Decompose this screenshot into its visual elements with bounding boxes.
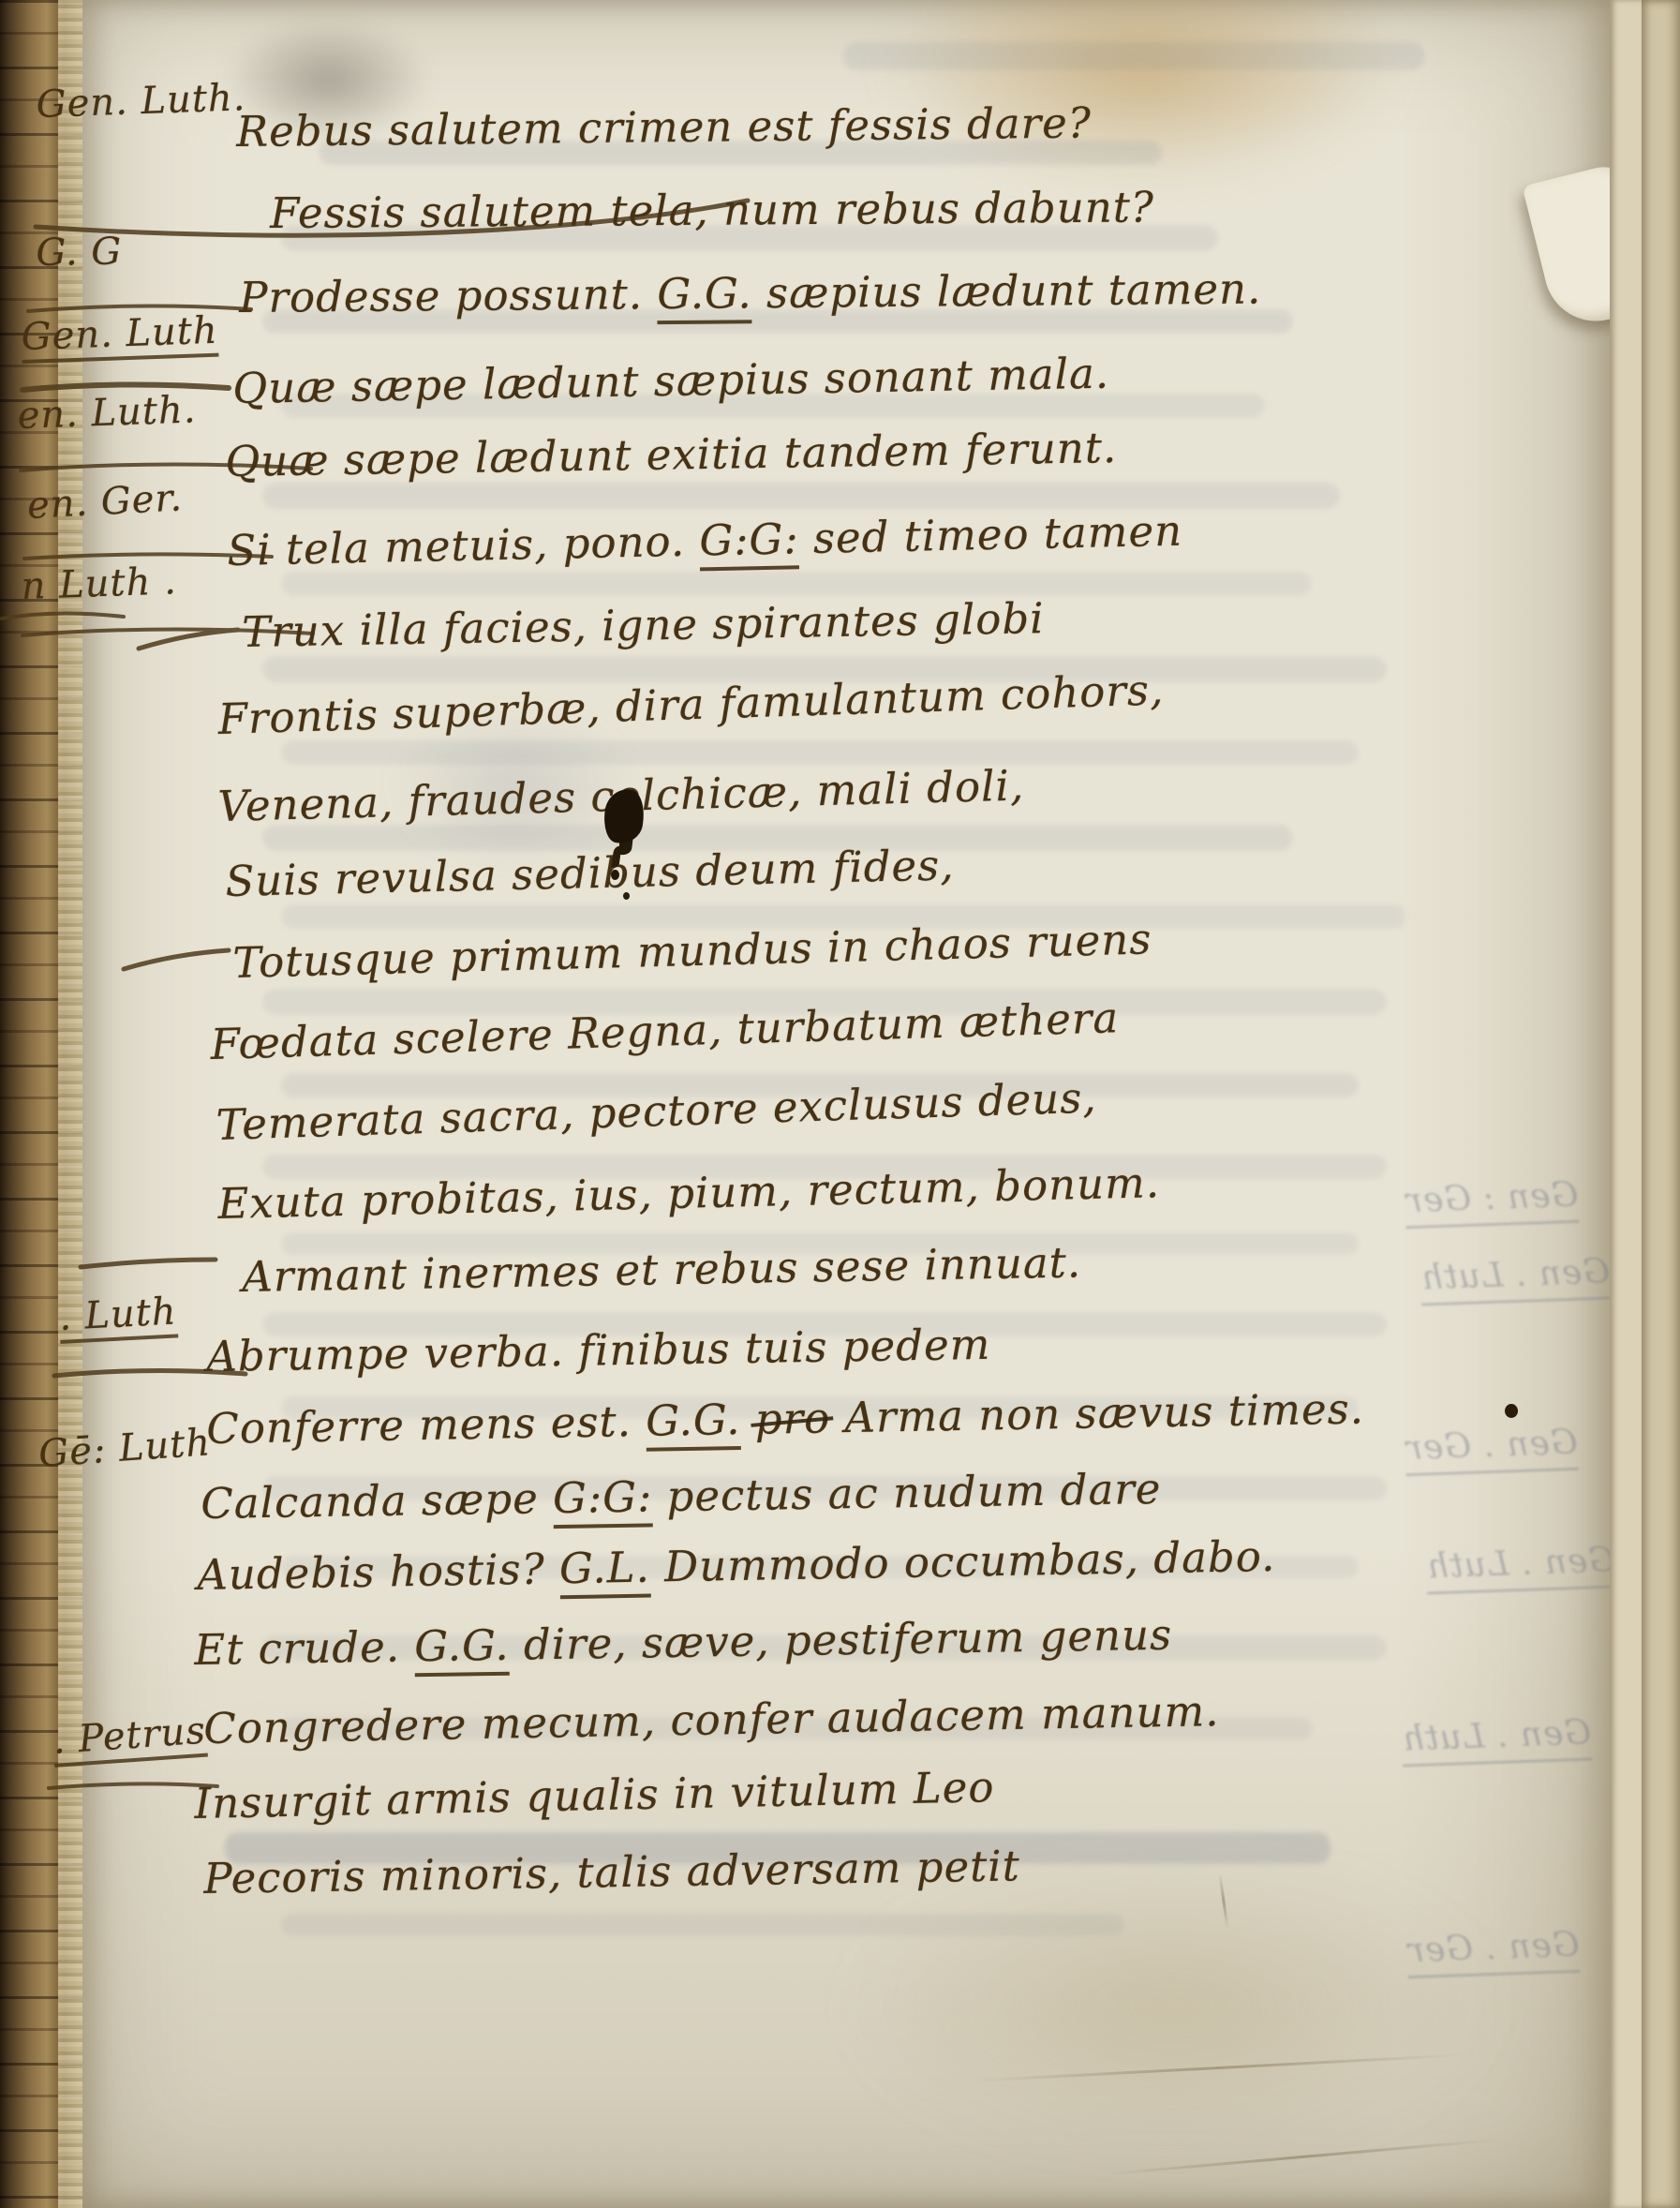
manuscript-line: Trux illa facies, igne spirantes globi (242, 597, 1045, 653)
manuscript-photo: Gen. Luth.G. GGen. Luthen. Luth.en. Ger.… (0, 0, 1680, 2208)
underlined-token: G:G: (553, 1471, 653, 1529)
bleedthrough-label: Gen . Ger (1405, 1424, 1578, 1476)
underlined-token: G.L. (559, 1543, 651, 1600)
manuscript-line: Abrumpe verba. finibus tuis pedem (206, 1323, 991, 1378)
manuscript-line: Rebus salutem crimen est fessis dare? (236, 101, 1092, 153)
page-deckle-edge (1610, 0, 1642, 2208)
next-leaf-edge (1642, 0, 1680, 2208)
bleedthrough-label: Gen . Luth (1425, 1541, 1616, 1594)
margin-speaker-label: n Luth . (21, 562, 177, 605)
underlined-token: G.G. (657, 268, 752, 324)
margin-speaker-label: Gen. Luth. (36, 79, 246, 124)
margin-speaker-label: en. Ger. (26, 479, 184, 525)
margin-speaker-label: en. Luth. (17, 391, 197, 435)
manuscript-line: Fessis salutem tela, num rebus dabunt? (270, 186, 1154, 234)
struck-token: pro (754, 1393, 830, 1443)
underlined-token: G.G. (646, 1395, 741, 1452)
ink-splatter (623, 892, 630, 900)
bleedthrough-label: Gen . Luth (1401, 1713, 1592, 1767)
underlined-token: G.G. (414, 1620, 510, 1678)
bleedthrough-label: Gen . Ger (1406, 1926, 1580, 1978)
bleedthrough-label: Gen . Luth (1420, 1252, 1611, 1305)
bleedthrough-label: Gen : Ger (1405, 1176, 1579, 1229)
margin-speaker-label: . Luth (58, 1292, 178, 1344)
underlined-token: G:G: (699, 514, 799, 571)
ink-splatter (1505, 1404, 1518, 1418)
margin-speaker-label: Gē: Luth (37, 1424, 212, 1473)
margin-speaker-label: G. G (36, 232, 123, 272)
manuscript-line: Prodesse possunt. G.G. sæpius lædunt tam… (239, 267, 1261, 319)
manuscript-line: Pecoris minoris, talis adversam petit (203, 1844, 1020, 1900)
margin-speaker-label: Gen. Luth (21, 312, 219, 364)
ink-splatter (611, 870, 619, 880)
manuscript-line: Quæ sæpe lædunt exitia tandem ferunt. (225, 426, 1118, 483)
